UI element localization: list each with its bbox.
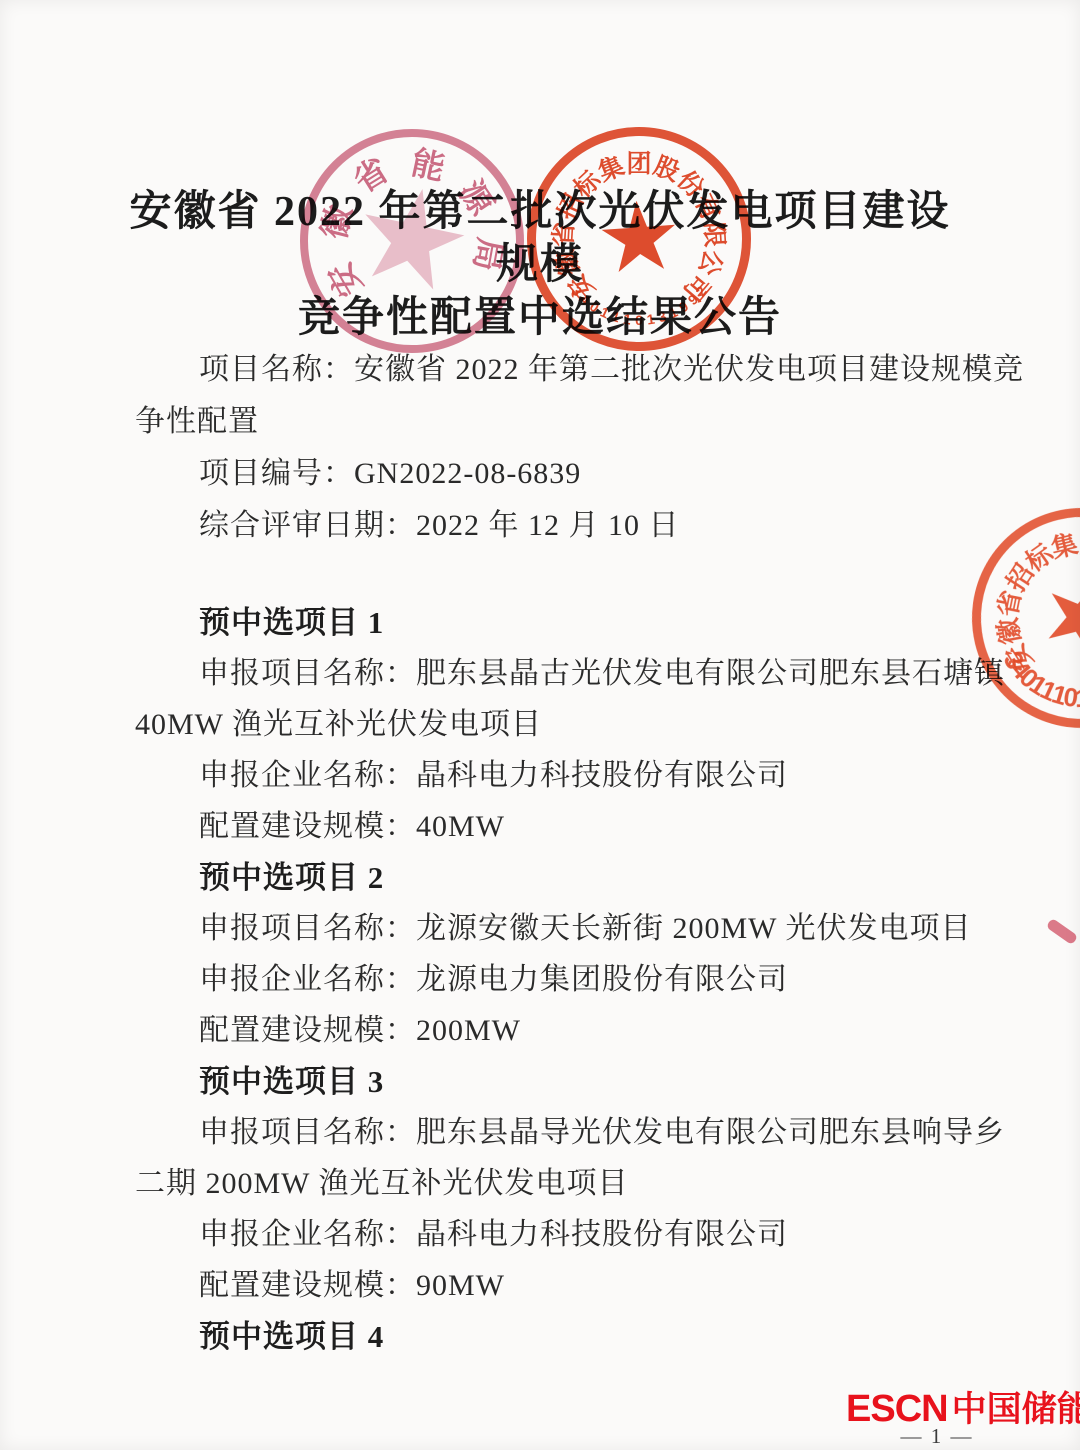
review-date-line: 综合评审日期：2022 年 12 月 10 日 bbox=[135, 500, 959, 552]
project-meta: 项目名称：安徽省 2022 年第二批次光伏发电项目建设规模竞 争性配置 项目编号… bbox=[135, 344, 959, 552]
star-icon: ★ bbox=[593, 186, 686, 288]
project-2-declared-name: 申报项目名称：龙源安徽天长新街 200MW 光伏发电项目 bbox=[135, 903, 959, 954]
document-page: 安徽省 2022 年第二批次光伏发电项目建设规模 竞争性配置中选结果公告 项目名… bbox=[0, 0, 1080, 1450]
project-1-company: 申报企业名称：晶科电力科技股份有限公司 bbox=[135, 750, 959, 801]
project-number-line: 项目编号：GN2022-08-6839 bbox=[135, 448, 959, 500]
project-3-scale: 配置建设规模：90MW bbox=[135, 1260, 959, 1311]
project-2-scale: 配置建设规模：200MW bbox=[135, 1005, 959, 1056]
tender-group-edge-stamp-ring-text: 安徽省招标集团股份有限公司 bbox=[996, 504, 1080, 532]
project-1-declared-name: 申报项目名称：肥东县晶古光伏发电有限公司肥东县石塘镇 bbox=[135, 648, 959, 699]
project-2-company: 申报企业名称：龙源电力集团股份有限公司 bbox=[135, 954, 959, 1005]
project-4-heading: 预中选项目 4 bbox=[135, 1311, 959, 1362]
stamp-ink-fleck bbox=[1046, 918, 1079, 945]
project-3-declared-name: 申报项目名称：肥东县晶导光伏发电有限公司肥东县响导乡 bbox=[135, 1107, 959, 1158]
project-1-heading: 预中选项目 1 bbox=[135, 597, 959, 648]
project-3-heading: 预中选项目 3 bbox=[135, 1056, 959, 1107]
page-number: — 1 — bbox=[897, 1424, 977, 1449]
project-3-declared-name-wrap: 二期 200MW 渔光互补光伏发电项目 bbox=[135, 1158, 959, 1209]
title-line-2: 竞争性配置中选结果公告 bbox=[110, 292, 970, 345]
project-1-scale: 配置建设规模：40MW bbox=[135, 801, 959, 852]
project-2-heading: 预中选项目 2 bbox=[135, 852, 959, 903]
energy-bureau-stamp: 安徽省能源局 ★ bbox=[300, 129, 524, 353]
tender-group-edge-stamp: 安徽省招标集团股份有限公司 3401110131992 ★ bbox=[958, 494, 1080, 742]
preselected-projects: 预中选项目 1 申报项目名称：肥东县晶古光伏发电有限公司肥东县石塘镇 40MW … bbox=[135, 597, 959, 1362]
tender-group-stamp: 安徽省招标集团股份有限公司 3401110131992 ★ bbox=[527, 127, 751, 351]
project-3-company: 申报企业名称：晶科电力科技股份有限公司 bbox=[135, 1209, 959, 1260]
project-name-line: 项目名称：安徽省 2022 年第二批次光伏发电项目建设规模竞 bbox=[135, 344, 959, 396]
project-name-line-wrap: 争性配置 bbox=[135, 396, 959, 448]
star-icon: ★ bbox=[340, 161, 483, 315]
project-1-declared-name-wrap: 40MW 渔光互补光伏发电项目 bbox=[135, 699, 959, 750]
